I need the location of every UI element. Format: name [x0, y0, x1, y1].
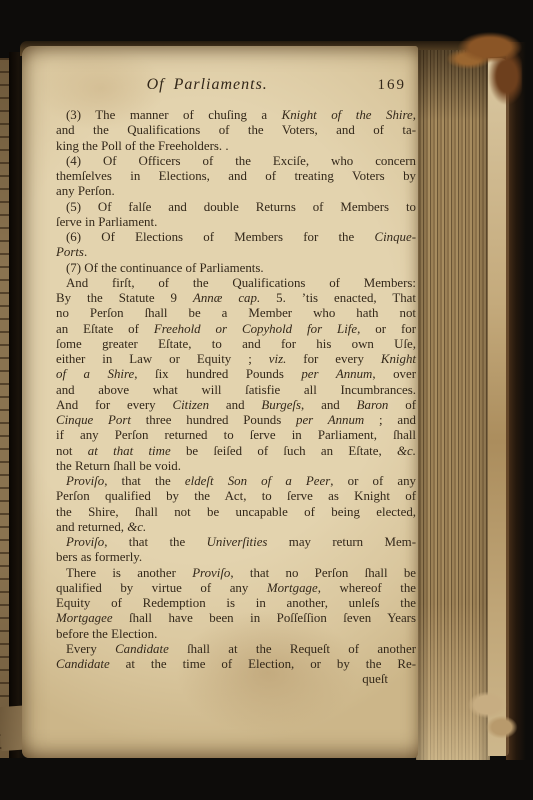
- italic-text: Knight: [381, 352, 416, 366]
- catchword: queſt: [56, 672, 416, 687]
- italic-text: Mortgagee: [56, 611, 113, 625]
- text-line: before the Election.: [56, 627, 416, 642]
- text-line: (3) The manner of chuſing a Knight of th…: [56, 108, 416, 123]
- italic-text: Freehold or Copyhold for Life: [154, 322, 357, 336]
- text-line: an Eſtate of Freehold or Copyhold for Li…: [56, 322, 416, 337]
- italic-text: Baron: [357, 398, 389, 412]
- text-line: Every Candidate ſhall at the Requeſt of …: [56, 642, 416, 657]
- roman-text: an Eſtate of: [56, 322, 154, 336]
- italic-text: Univerſities: [207, 535, 268, 549]
- roman-text: either in Law or Equity ;: [56, 352, 269, 366]
- page-number: 169: [378, 77, 407, 94]
- roman-text: , ſix hundred Pounds: [134, 367, 301, 381]
- text-line: Cinque Port three hundred Pounds per Ann…: [56, 413, 416, 428]
- text-line: By the Statute 9 Annæ cap. 5. ’tis enact…: [56, 291, 416, 306]
- roman-text: of: [388, 398, 416, 412]
- roman-text: ſerve in Parliament.: [56, 215, 157, 229]
- text-line: of a Shire, ſix hundred Pounds per Annum…: [56, 367, 416, 382]
- text-line: ſome greater Eſtate, to and for his own …: [56, 337, 416, 352]
- roman-text: , and: [301, 398, 357, 412]
- torn-leather-corner: [446, 28, 522, 116]
- roman-text: ſome greater Eſtate, to and for his own …: [56, 337, 416, 351]
- italic-text: &c.: [127, 520, 146, 534]
- roman-text: 5. ’tis enacted, That: [260, 291, 416, 305]
- roman-text: , or for: [357, 322, 416, 336]
- roman-text: the Shire, ſhall not be uncapable of bei…: [56, 505, 416, 519]
- roman-text: There is another: [66, 566, 192, 580]
- roman-text: the Return ſhall be void.: [56, 459, 181, 473]
- italic-text: Knight of the Shire: [282, 108, 413, 122]
- roman-text: and returned,: [56, 520, 127, 534]
- text-line: either in Law or Equity ; viz. for every…: [56, 352, 416, 367]
- roman-text: at the time of Election, or by the Re-: [110, 657, 416, 671]
- roman-text: any Perſon.: [56, 184, 115, 198]
- book-page: Of Parliaments. 169 (3) The manner of ch…: [22, 46, 418, 758]
- italic-text: viz.: [269, 352, 287, 366]
- facing-page-edge: [0, 58, 9, 758]
- roman-text: .: [84, 245, 87, 259]
- text-line: (6) Of Elections of Members for the Cinq…: [56, 230, 416, 245]
- roman-text: and the Qualifications of the Voters, an…: [56, 123, 416, 137]
- roman-text: And firſt, of the Qualifications of Memb…: [66, 276, 416, 290]
- roman-text: ,: [413, 108, 416, 122]
- roman-text: may return Mem-: [267, 535, 416, 549]
- text-line: the Return ſhall be void.: [56, 459, 416, 474]
- text-line: Proviſo, that the eldeſt Son of a Peer, …: [56, 474, 416, 489]
- text-line: Proviſo, that the Univerſities may retur…: [56, 535, 416, 550]
- text-block: (3) The manner of chuſing a Knight of th…: [56, 108, 416, 672]
- roman-text: bers as formerly.: [56, 550, 142, 564]
- text-line: not at that time be ſeiſed of ſuch an Eſ…: [56, 444, 416, 459]
- text-line: and above what will ſatisfie all Incumbr…: [56, 383, 416, 398]
- roman-text: , that no Perſon ſhall be: [230, 566, 416, 580]
- italic-text: Cinque-: [374, 230, 416, 244]
- text-line: Candidate at the time of Election, or by…: [56, 657, 416, 672]
- roman-text: (7) Of the continuance of Parliaments.: [66, 261, 264, 275]
- roman-text: not: [56, 444, 88, 458]
- page-header: Of Parliaments. 169: [56, 76, 416, 100]
- roman-text: king the Poll of the Freeholders. .: [56, 139, 229, 153]
- text-line: (5) Of falſe and double Returns of Membe…: [56, 200, 416, 215]
- roman-text: ; and: [364, 413, 416, 427]
- roman-text: (6) Of Elections of Members for the: [66, 230, 374, 244]
- roman-text: be ſeiſed of ſuch an Eſtate,: [171, 444, 397, 458]
- roman-text: if any Perſon returned to ſerve in Parli…: [56, 428, 416, 442]
- book-photo: Of Parliaments. 169 (3) The manner of ch…: [0, 0, 533, 800]
- italic-text: Proviſo: [66, 474, 104, 488]
- roman-text: Equity of Redemption is in another, unle…: [56, 596, 416, 610]
- italic-text: Citizen: [173, 398, 210, 412]
- roman-text: And for every: [56, 398, 173, 412]
- roman-text: , over: [372, 367, 416, 381]
- text-line: ſerve in Parliament.: [56, 215, 416, 230]
- roman-text: , that the: [104, 535, 206, 549]
- text-line: (7) Of the continuance of Parliaments.: [56, 261, 416, 276]
- text-line: There is another Proviſo, that no Perſon…: [56, 566, 416, 581]
- roman-text: themſelves in Elections, and of treating…: [56, 169, 416, 183]
- italic-text: Proviſo: [66, 535, 104, 549]
- roman-text: (5) Of falſe and double Returns of Membe…: [66, 200, 416, 214]
- italic-text: of a Shire: [56, 367, 134, 381]
- text-line: no Perſon ſhall be a Member who hath not: [56, 306, 416, 321]
- italic-text: Annæ cap.: [193, 291, 260, 305]
- roman-text: three hundred Pounds: [131, 413, 296, 427]
- roman-text: , or of any: [330, 474, 416, 488]
- text-line: bers as formerly.: [56, 550, 416, 565]
- italic-text: eldeſt Son of a Peer: [185, 474, 330, 488]
- text-line: And for every Citizen and Burgeſs, and B…: [56, 398, 416, 413]
- fore-edge-page-stack: [416, 50, 490, 760]
- text-line: Equity of Redemption is in another, unle…: [56, 596, 416, 611]
- text-line: qualified by virtue of any Mortgage, whe…: [56, 581, 416, 596]
- text-line: (4) Of Officers of the Exciſe, who conce…: [56, 154, 416, 169]
- italic-text: Candidate: [115, 642, 169, 656]
- text-line: Mortgagee ſhall have been in Poſſeſſion …: [56, 611, 416, 626]
- text-line: themſelves in Elections, and of treating…: [56, 169, 416, 184]
- roman-text: ſhall have been in Poſſeſſion ſeven Year…: [113, 611, 416, 625]
- italic-text: &c.: [397, 444, 416, 458]
- italic-text: Candidate: [56, 657, 110, 671]
- roman-text: Perſon qualified by the Act, to ſerve as…: [56, 489, 416, 503]
- roman-text: , whereof the: [318, 581, 416, 595]
- text-line: king the Poll of the Freeholders. .: [56, 139, 416, 154]
- italic-text: Cinque Port: [56, 413, 131, 427]
- text-line: Ports.: [56, 245, 416, 260]
- roman-text: , that the: [104, 474, 185, 488]
- roman-text: qualified by virtue of any: [56, 581, 267, 595]
- roman-text: for every: [286, 352, 381, 366]
- running-title: Of Parliaments.: [147, 76, 268, 94]
- roman-text: ſhall at the Requeſt of another: [169, 642, 416, 656]
- text-line: And firſt, of the Qualifications of Memb…: [56, 276, 416, 291]
- text-line: Perſon qualified by the Act, to ſerve as…: [56, 489, 416, 504]
- roman-text: By the Statute 9: [56, 291, 193, 305]
- roman-text: no Perſon ſhall be a Member who hath not: [56, 306, 416, 320]
- italic-text: Ports: [56, 245, 84, 259]
- italic-text: Burgeſs: [261, 398, 301, 412]
- italic-text: Proviſo: [192, 566, 230, 580]
- page-content: Of Parliaments. 169 (3) The manner of ch…: [22, 46, 418, 688]
- text-line: and returned, &c.: [56, 520, 416, 535]
- text-line: if any Perſon returned to ſerve in Parli…: [56, 428, 416, 443]
- italic-text: Mortgage: [267, 581, 318, 595]
- leather-cover-edge: [506, 42, 526, 760]
- roman-text: Every: [66, 642, 115, 656]
- roman-text: and above what will ſatisfie all Incumbr…: [56, 383, 416, 397]
- roman-text: (4) Of Officers of the Exciſe, who conce…: [66, 154, 416, 168]
- worn-corner-bottom-right: [464, 688, 522, 744]
- roman-text: and: [209, 398, 261, 412]
- text-line: the Shire, ſhall not be uncapable of bei…: [56, 505, 416, 520]
- italic-text: at that time: [88, 444, 171, 458]
- italic-text: per Annum: [301, 367, 372, 381]
- text-line: and the Qualifications of the Voters, an…: [56, 123, 416, 138]
- italic-text: per Annum: [296, 413, 364, 427]
- text-line: any Perſon.: [56, 184, 416, 199]
- roman-text: (3) The manner of chuſing a: [66, 108, 282, 122]
- roman-text: before the Election.: [56, 627, 157, 641]
